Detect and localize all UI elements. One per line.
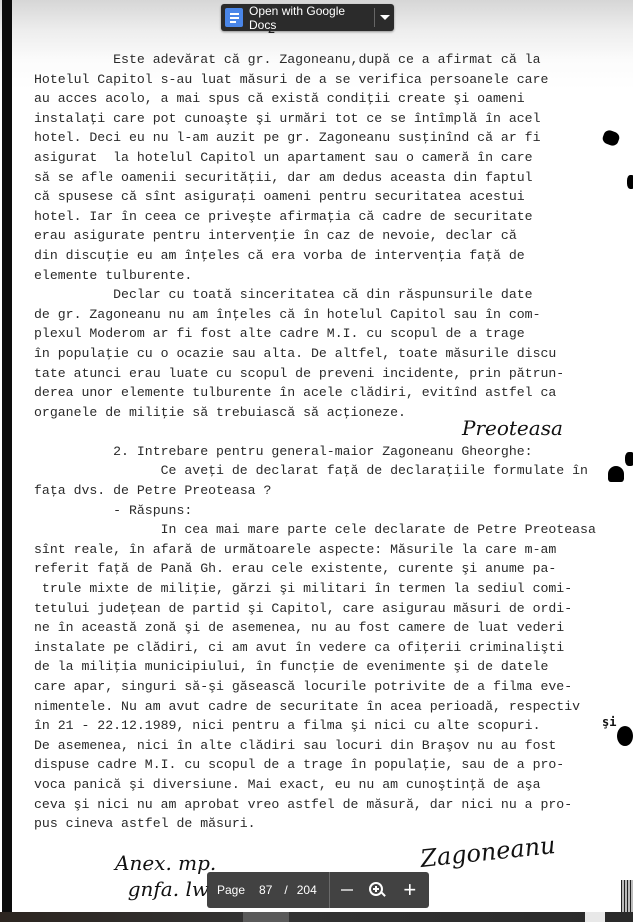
page-label: Page — [217, 883, 245, 897]
document-line: Este adevărat că gr. Zagoneanu,după ce a… — [34, 50, 614, 70]
zoom-fit-button[interactable] — [366, 880, 388, 900]
document-line: elemente tulburente. — [34, 266, 614, 286]
document-line: 2. Intrebare pentru general-maior Zagone… — [34, 442, 614, 462]
document-line: - Răspuns: — [34, 501, 614, 521]
current-page-input[interactable]: 87 — [259, 883, 272, 897]
zoom-in-button[interactable]: + — [398, 880, 422, 900]
document-line: De asemenea, nici în alte clădiri sau lo… — [34, 736, 614, 756]
google-docs-icon — [225, 8, 243, 27]
document-line: derea unor elemente tulburente în acele … — [34, 383, 614, 403]
document-line: trule mixte de miliţie, gărzi şi militar… — [34, 579, 614, 599]
scrollbar-edge — [585, 912, 605, 922]
caret-down-icon — [380, 15, 390, 20]
minus-icon — [341, 889, 353, 891]
open-with-google-docs-control: Open with Google Docs — [221, 4, 394, 31]
plus-icon: + — [403, 880, 416, 900]
document-line: hotel. Iar în ceea ce priveşte afirmaţia… — [34, 207, 614, 227]
document-line: de gr. Zagoneanu nu am înţeles că în hot… — [34, 305, 614, 325]
document-line: sînt reale, în afară de următoarele aspe… — [34, 540, 614, 560]
document-line: în populaţie cu o ocazie sau alta. De al… — [34, 344, 614, 364]
document-line: Hotelul Capitol s-au luat măsuri de a se… — [34, 70, 614, 90]
document-line: să se afle oamenii securităţii, dar am d… — [34, 168, 614, 188]
page-separator: / — [284, 883, 287, 897]
ink-blot — [617, 726, 633, 746]
document-line: care apar, singuri să-şi găsească locuri… — [34, 677, 614, 697]
divider — [329, 872, 330, 908]
document-line: ne în această zonă şi de asemenea, nu au… — [34, 618, 614, 638]
open-with-google-docs-button[interactable]: Open with Google Docs — [221, 4, 369, 31]
document-line: ceva şi nici nu am aprobat vreo astfel d… — [34, 795, 614, 815]
document-line: instalate pe clădiri, ci am avut în vede… — [34, 638, 614, 658]
signature-zagoneanu: Zagoneanu — [419, 831, 557, 873]
document-line: In cea mai mare parte cele declarate de … — [34, 520, 614, 540]
document-line: Ce aveţi de declarat faţă de declaraţiil… — [34, 461, 614, 481]
margin-note: şi — [602, 715, 616, 729]
zoom-out-button[interactable] — [336, 889, 358, 891]
document-line: referit faţă de Pană Gh. erau cele exist… — [34, 559, 614, 579]
horizontal-scrollbar[interactable] — [0, 912, 633, 922]
scrollbar-thumb[interactable] — [243, 912, 289, 922]
total-pages: 204 — [297, 883, 317, 897]
document-line: în 21 - 22.12.1989, nici pentru a filma … — [34, 716, 614, 736]
document-line: nimentele. Nu am avut cadre de securitat… — [34, 697, 614, 717]
document-line: asigurat la hotelul Capitol un apartamen… — [34, 148, 614, 168]
document-line: din discuţie eu am înţeles că era vorba … — [34, 246, 614, 266]
signature-preoteasa: Preoteasa — [462, 416, 563, 440]
document-line: erau asigurate pentru intervenţie în caz… — [34, 226, 614, 246]
ink-blot — [625, 452, 633, 466]
page-toolbar: Page 87 / 204 + — [207, 872, 429, 908]
document-line: voca panică şi diversiune. Mai exact, eu… — [34, 775, 614, 795]
scan-right-edge — [621, 880, 633, 912]
document-line: plexul Moderom ar fi fost alte cadre M.I… — [34, 324, 614, 344]
ink-blot — [627, 175, 633, 189]
document-line: hotel. Deci eu nu l-am auzit pe gr. Zago… — [34, 128, 614, 148]
handwritten-annotation: Anex. mp. gnfa. lw — [115, 850, 216, 902]
open-with-dropdown-button[interactable] — [375, 4, 394, 31]
document-line: instalaţi care pot cunoaşte şi urmări to… — [34, 109, 614, 129]
document-line: au acces acolo, a mai spus că există con… — [34, 89, 614, 109]
open-with-label: Open with Google Docs — [249, 4, 369, 32]
document-line: că spusese că sînt asiguraţi oameni pent… — [34, 187, 614, 207]
document-body-text: Este adevărat că gr. Zagoneanu,după ce a… — [34, 50, 614, 834]
document-line: dispuse cadre M.I. cu scopul de a trage … — [34, 755, 614, 775]
ink-blot — [608, 466, 624, 482]
document-line: de la miliţia municipiului, în funcţie d… — [34, 657, 614, 677]
document-line: Declar cu toată sinceritatea că din răsp… — [34, 285, 614, 305]
document-line: tetului judeţean de partid şi Capitol, c… — [34, 599, 614, 619]
document-line: tate atunci erau luate cu scopul de prev… — [34, 364, 614, 384]
document-line: pus cineva astfel de măsuri. — [34, 814, 614, 834]
document-page: - 2 - Este adevărat că gr. Zagoneanu,dup… — [0, 0, 633, 922]
scan-left-border — [2, 0, 12, 912]
document-line: faţa dvs. de Petre Preoteasa ? — [34, 481, 614, 501]
magnifier-handle — [380, 891, 386, 897]
